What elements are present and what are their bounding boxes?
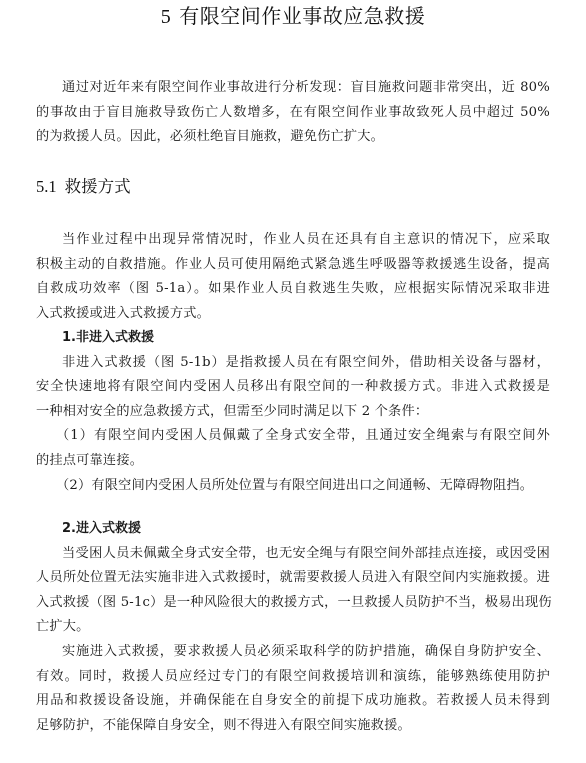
paragraph-line: 通过对近年来有限空间作业事故进行分析发现：盲目施救问题非常突出，近 80% xyxy=(36,76,550,101)
section-number: 5.1 xyxy=(36,177,57,196)
paragraph-line: 非进入式救援（图 5-1b）是指救援人员在有限空间外，借助相关设备与器材， xyxy=(36,351,550,376)
intro-paragraph: 通过对近年来有限空间作业事故进行分析发现：盲目施救问题非常突出，近 80% 的事… xyxy=(36,76,550,150)
paragraph-line: 的事故由于盲目施救导致伤亡人数增多，在有限空间作业事故致死人员中超过 50% xyxy=(36,101,550,126)
paragraph-line: 有效。同时，救援人员应经过专门的有限空间救援培训和演练，能够熟练使用防护 xyxy=(36,665,550,690)
condition-line: （1）有限空间内受困人员佩戴了全身式安全带，且通过安全绳索与有限空间外 xyxy=(36,424,550,449)
paragraph-line: 安全快速地将有限空间内受困人员移出有限空间的一种救援方式。非进入式救援是 xyxy=(36,375,550,400)
section-intro-paragraph: 当作业过程中出现异常情况时，作业人员在还具有自主意识的情况下，应采取 积极主动的… xyxy=(36,228,550,326)
paragraph-line: 积极主动的自救措施。作业人员可使用隔绝式紧急逃生呼吸器等救援逃生设备，提高 xyxy=(36,253,550,278)
condition-line: （2）有限空间内受困人员所处位置与有限空间进出口之间通畅、无障碍物阻挡。 xyxy=(36,474,550,499)
condition-line: 的挂点可靠连接。 xyxy=(36,449,550,474)
paragraph-line: 入式救援或进入式救援方式。 xyxy=(36,302,550,327)
section-heading: 5.1救援方式 xyxy=(36,176,131,198)
chapter-number: 5 xyxy=(161,6,172,28)
subsection-heading: 2.进入式救援 xyxy=(36,517,550,542)
paragraph-line: 自救成功效率（图 5-1a）。如果作业人员自救逃生失败，应根据实际情况采取非进 xyxy=(36,277,550,302)
paragraph-line: 当受困人员未佩戴全身式安全带，也无安全绳与有限空间外部挂点连接，或因受困 xyxy=(36,542,550,567)
document-page: 5有限空间作业事故应急救援 通过对近年来有限空间作业事故进行分析发现：盲目施救问… xyxy=(0,0,586,763)
paragraph-line: 亡扩大。 xyxy=(36,615,550,640)
paragraph-line: 当作业过程中出现异常情况时，作业人员在还具有自主意识的情况下，应采取 xyxy=(36,228,550,253)
subsection-heading: 1.非进入式救援 xyxy=(36,326,550,351)
chapter-title-text: 有限空间作业事故应急救援 xyxy=(179,4,425,28)
paragraph-line: 足够防护，不能保障自身安全，则不得进入有限空间实施救援。 xyxy=(36,714,550,739)
paragraph-line: 的为救援人员。因此，必须杜绝盲目施救，避免伤亡扩大。 xyxy=(36,125,550,150)
entry-rescue-section: 2.进入式救援 当受困人员未佩戴全身式安全带，也无安全绳与有限空间外部挂点连接，… xyxy=(36,517,550,738)
paragraph-line: 入式救援（图 5-1c）是一种风险很大的救援方式，一旦救援人员防护不当，极易出现… xyxy=(36,591,550,616)
non-entry-rescue-section: 1.非进入式救援 非进入式救援（图 5-1b）是指救援人员在有限空间外，借助相关… xyxy=(36,326,550,498)
paragraph-line: 人员所处位置无法实施非进入式救援时，就需要救援人员进入有限空间内实施救援。进 xyxy=(36,566,550,591)
paragraph-line: 用品和救援设备设施，并确保能在自身安全的前提下成功施救。若救援人员未得到 xyxy=(36,689,550,714)
section-title: 救援方式 xyxy=(65,177,131,196)
paragraph-line: 实施进入式救援，要求救援人员必须采取科学的防护措施，确保自身防护安全、 xyxy=(36,640,550,665)
chapter-title: 5有限空间作业事故应急救援 xyxy=(0,4,586,29)
paragraph-line: 一种相对安全的应急救援方式，但需至少同时满足以下 2 个条件： xyxy=(36,400,550,425)
